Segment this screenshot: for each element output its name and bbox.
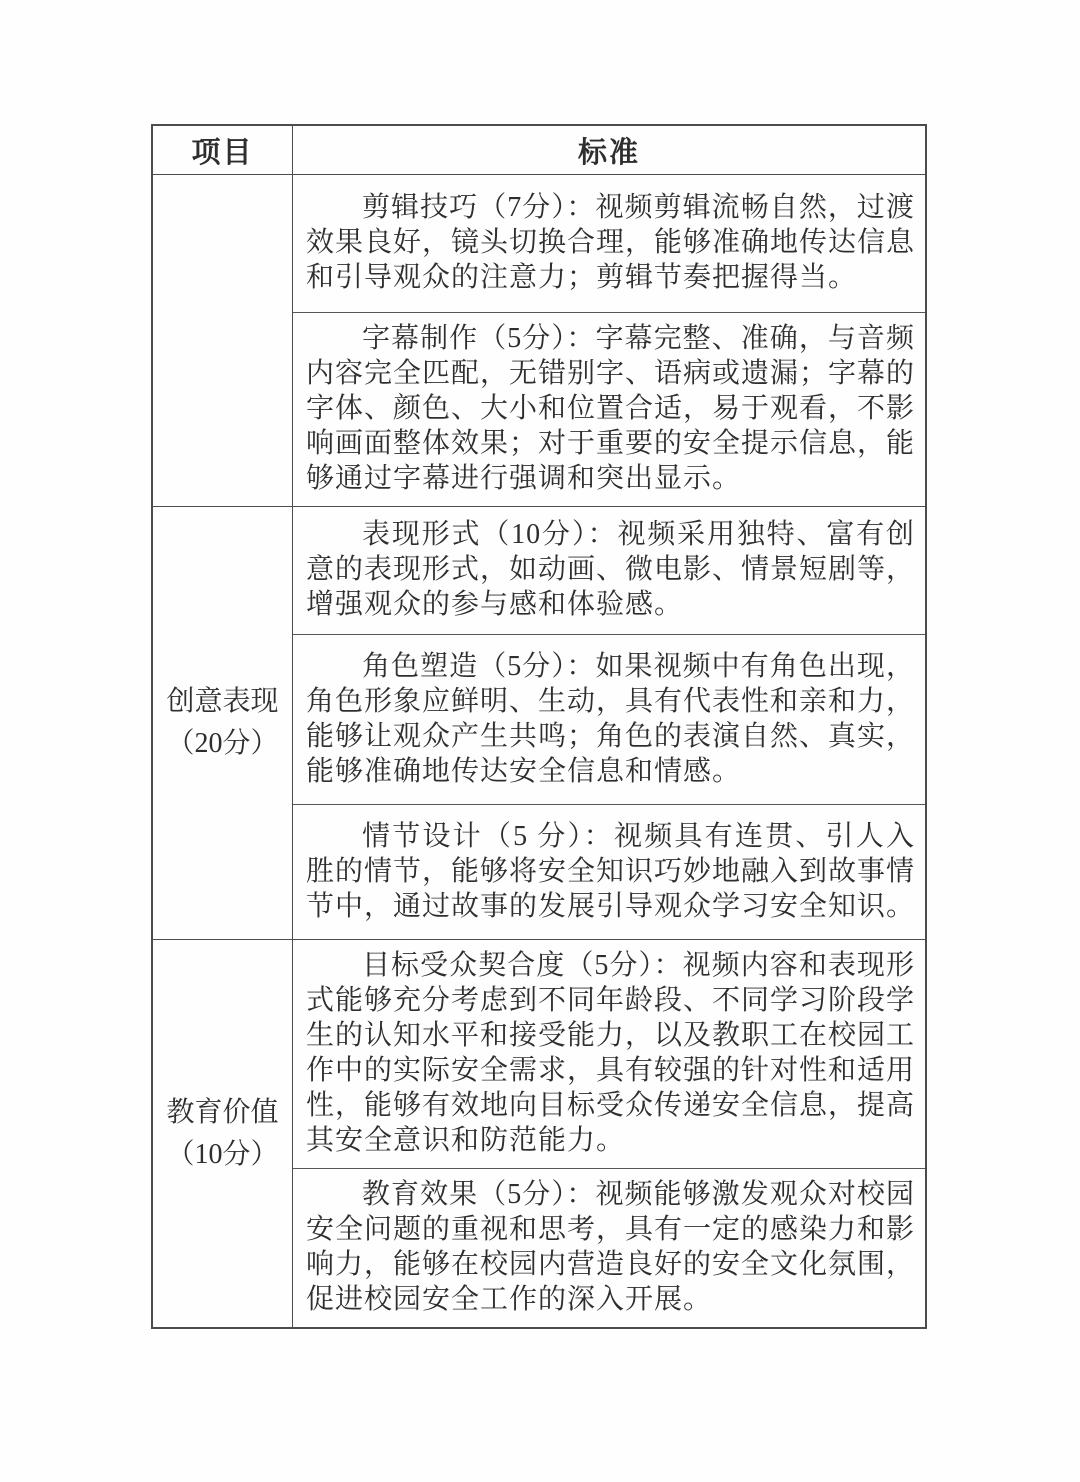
table-header-row: 项目 标准 [153,126,925,175]
header-cell-standard: 标准 [293,126,925,174]
criterion-text-subtitles: 字幕制作（5分）：字幕完整、准确，与音频内容完全匹配，无错别字、语病或遗漏；字幕… [306,321,915,496]
table-row: 表现形式（10分）：视频采用独特、富有创意的表现形式，如动画、微电影、情景短剧等… [293,507,925,634]
criterion-text-audience-fit: 目标受众契合度（5分）：视频内容和表现形式能够充分考虑到不同年龄段、不同学习阶段… [306,948,915,1158]
item-cell-empty [153,175,293,506]
item-cell-educational-value: 教育价值 （10分） [153,940,293,1327]
table-row: 情节设计（5 分）：视频具有连贯、引人入胜的情节，能够将安全知识巧妙地融入到故事… [293,804,925,939]
table-row: 角色塑造（5分）：如果视频中有角色出现，角色形象应鲜明、生动，具有代表性和亲和力… [293,634,925,804]
item-label-line1: 教育价值 [166,1092,278,1134]
standard-rows: 目标受众契合度（5分）：视频内容和表现形式能够充分考虑到不同年龄段、不同学习阶段… [293,940,925,1327]
item-label-line1: 创意表现 [166,681,278,723]
standard-rows: 剪辑技巧（7分）：视频剪辑流畅自然，过渡效果良好，镜头切换合理，能够准确地传达信… [293,175,925,506]
criterion-text-characterization: 角色塑造（5分）：如果视频中有角色出现，角色形象应鲜明、生动，具有代表性和亲和力… [306,649,915,789]
table-section-editing: 剪辑技巧（7分）：视频剪辑流畅自然，过渡效果良好，镜头切换合理，能够准确地传达信… [153,175,925,506]
item-label-line2: （20分） [166,723,278,765]
header-cell-item: 项目 [153,126,293,174]
table-section-creativity: 创意表现 （20分） 表现形式（10分）：视频采用独特、富有创意的表现形式，如动… [153,506,925,939]
standard-rows: 表现形式（10分）：视频采用独特、富有创意的表现形式，如动画、微电影、情景短剧等… [293,507,925,939]
table-section-educational-value: 教育价值 （10分） 目标受众契合度（5分）：视频内容和表现形式能够充分考虑到不… [153,939,925,1327]
table-row: 教育效果（5分）：视频能够激发观众对校园安全问题的重视和思考，具有一定的感染力和… [293,1168,925,1327]
item-cell-creativity: 创意表现 （20分） [153,507,293,939]
document-page: 项目 标准 剪辑技巧（7分）：视频剪辑流畅自然，过渡效果良好，镜头切换合理，能够… [0,0,1080,1482]
criterion-text-presentation-form: 表现形式（10分）：视频采用独特、富有创意的表现形式，如动画、微电影、情景短剧等… [306,517,915,622]
table-row: 剪辑技巧（7分）：视频剪辑流畅自然，过渡效果良好，镜头切换合理，能够准确地传达信… [293,175,925,312]
criterion-text-plot-design: 情节设计（5 分）：视频具有连贯、引人入胜的情节，能够将安全知识巧妙地融入到故事… [306,819,915,924]
item-label-line2: （10分） [166,1134,278,1176]
table-row: 目标受众契合度（5分）：视频内容和表现形式能够充分考虑到不同年龄段、不同学习阶段… [293,940,925,1168]
criterion-text-educational-effect: 教育效果（5分）：视频能够激发观众对校园安全问题的重视和思考，具有一定的感染力和… [306,1177,915,1317]
scoring-rubric-table: 项目 标准 剪辑技巧（7分）：视频剪辑流畅自然，过渡效果良好，镜头切换合理，能够… [151,124,927,1329]
table-row: 字幕制作（5分）：字幕完整、准确，与音频内容完全匹配，无错别字、语病或遗漏；字幕… [293,312,925,506]
criterion-text-editing-skill: 剪辑技巧（7分）：视频剪辑流畅自然，过渡效果良好，镜头切换合理，能够准确地传达信… [306,190,915,295]
